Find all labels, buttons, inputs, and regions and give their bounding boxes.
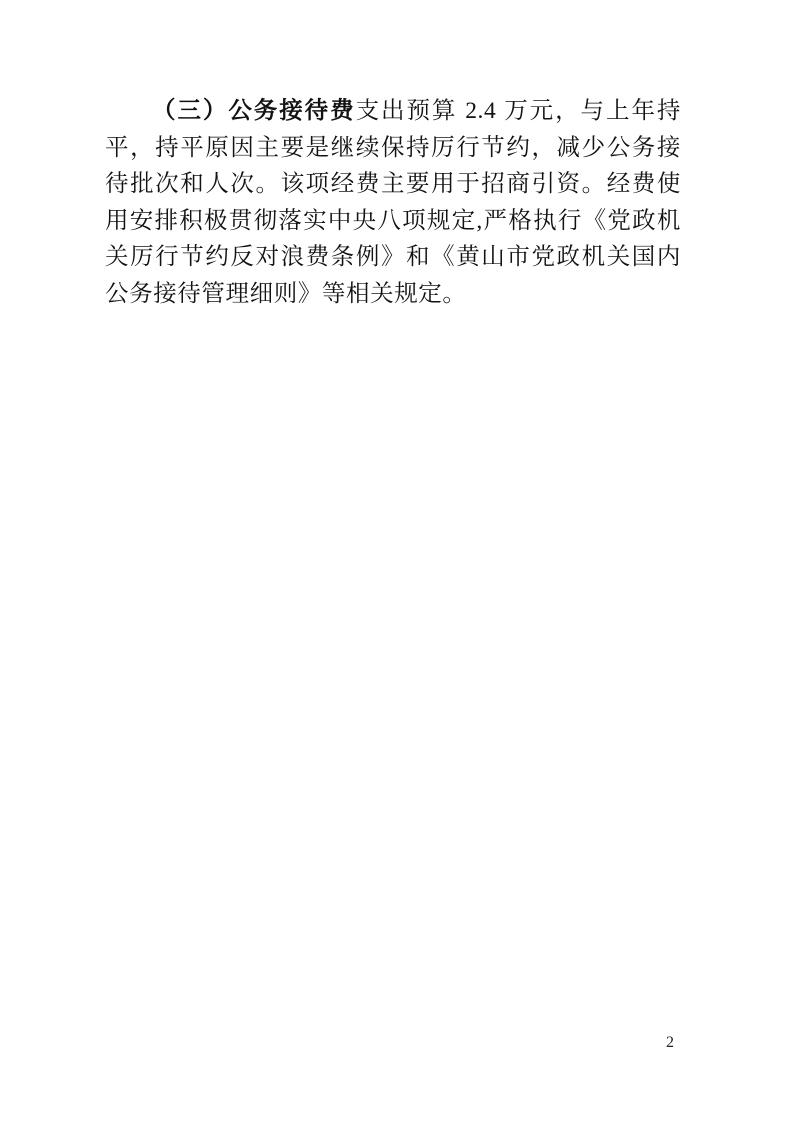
paragraph-body: 支出预算 2.4 万元，与上年持平，持平原因主要是继续保持厉行节约，减少公务接待… <box>105 98 681 307</box>
document-page: （三）公务接待费支出预算 2.4 万元，与上年持平，持平原因主要是继续保持厉行节… <box>0 0 793 1122</box>
budget-paragraph: （三）公务接待费支出预算 2.4 万元，与上年持平，持平原因主要是继续保持厉行节… <box>105 93 681 312</box>
document-content: （三）公务接待费支出预算 2.4 万元，与上年持平，持平原因主要是继续保持厉行节… <box>105 93 681 312</box>
section-heading: （三）公务接待费 <box>152 98 356 124</box>
page-number: 2 <box>655 1032 685 1054</box>
